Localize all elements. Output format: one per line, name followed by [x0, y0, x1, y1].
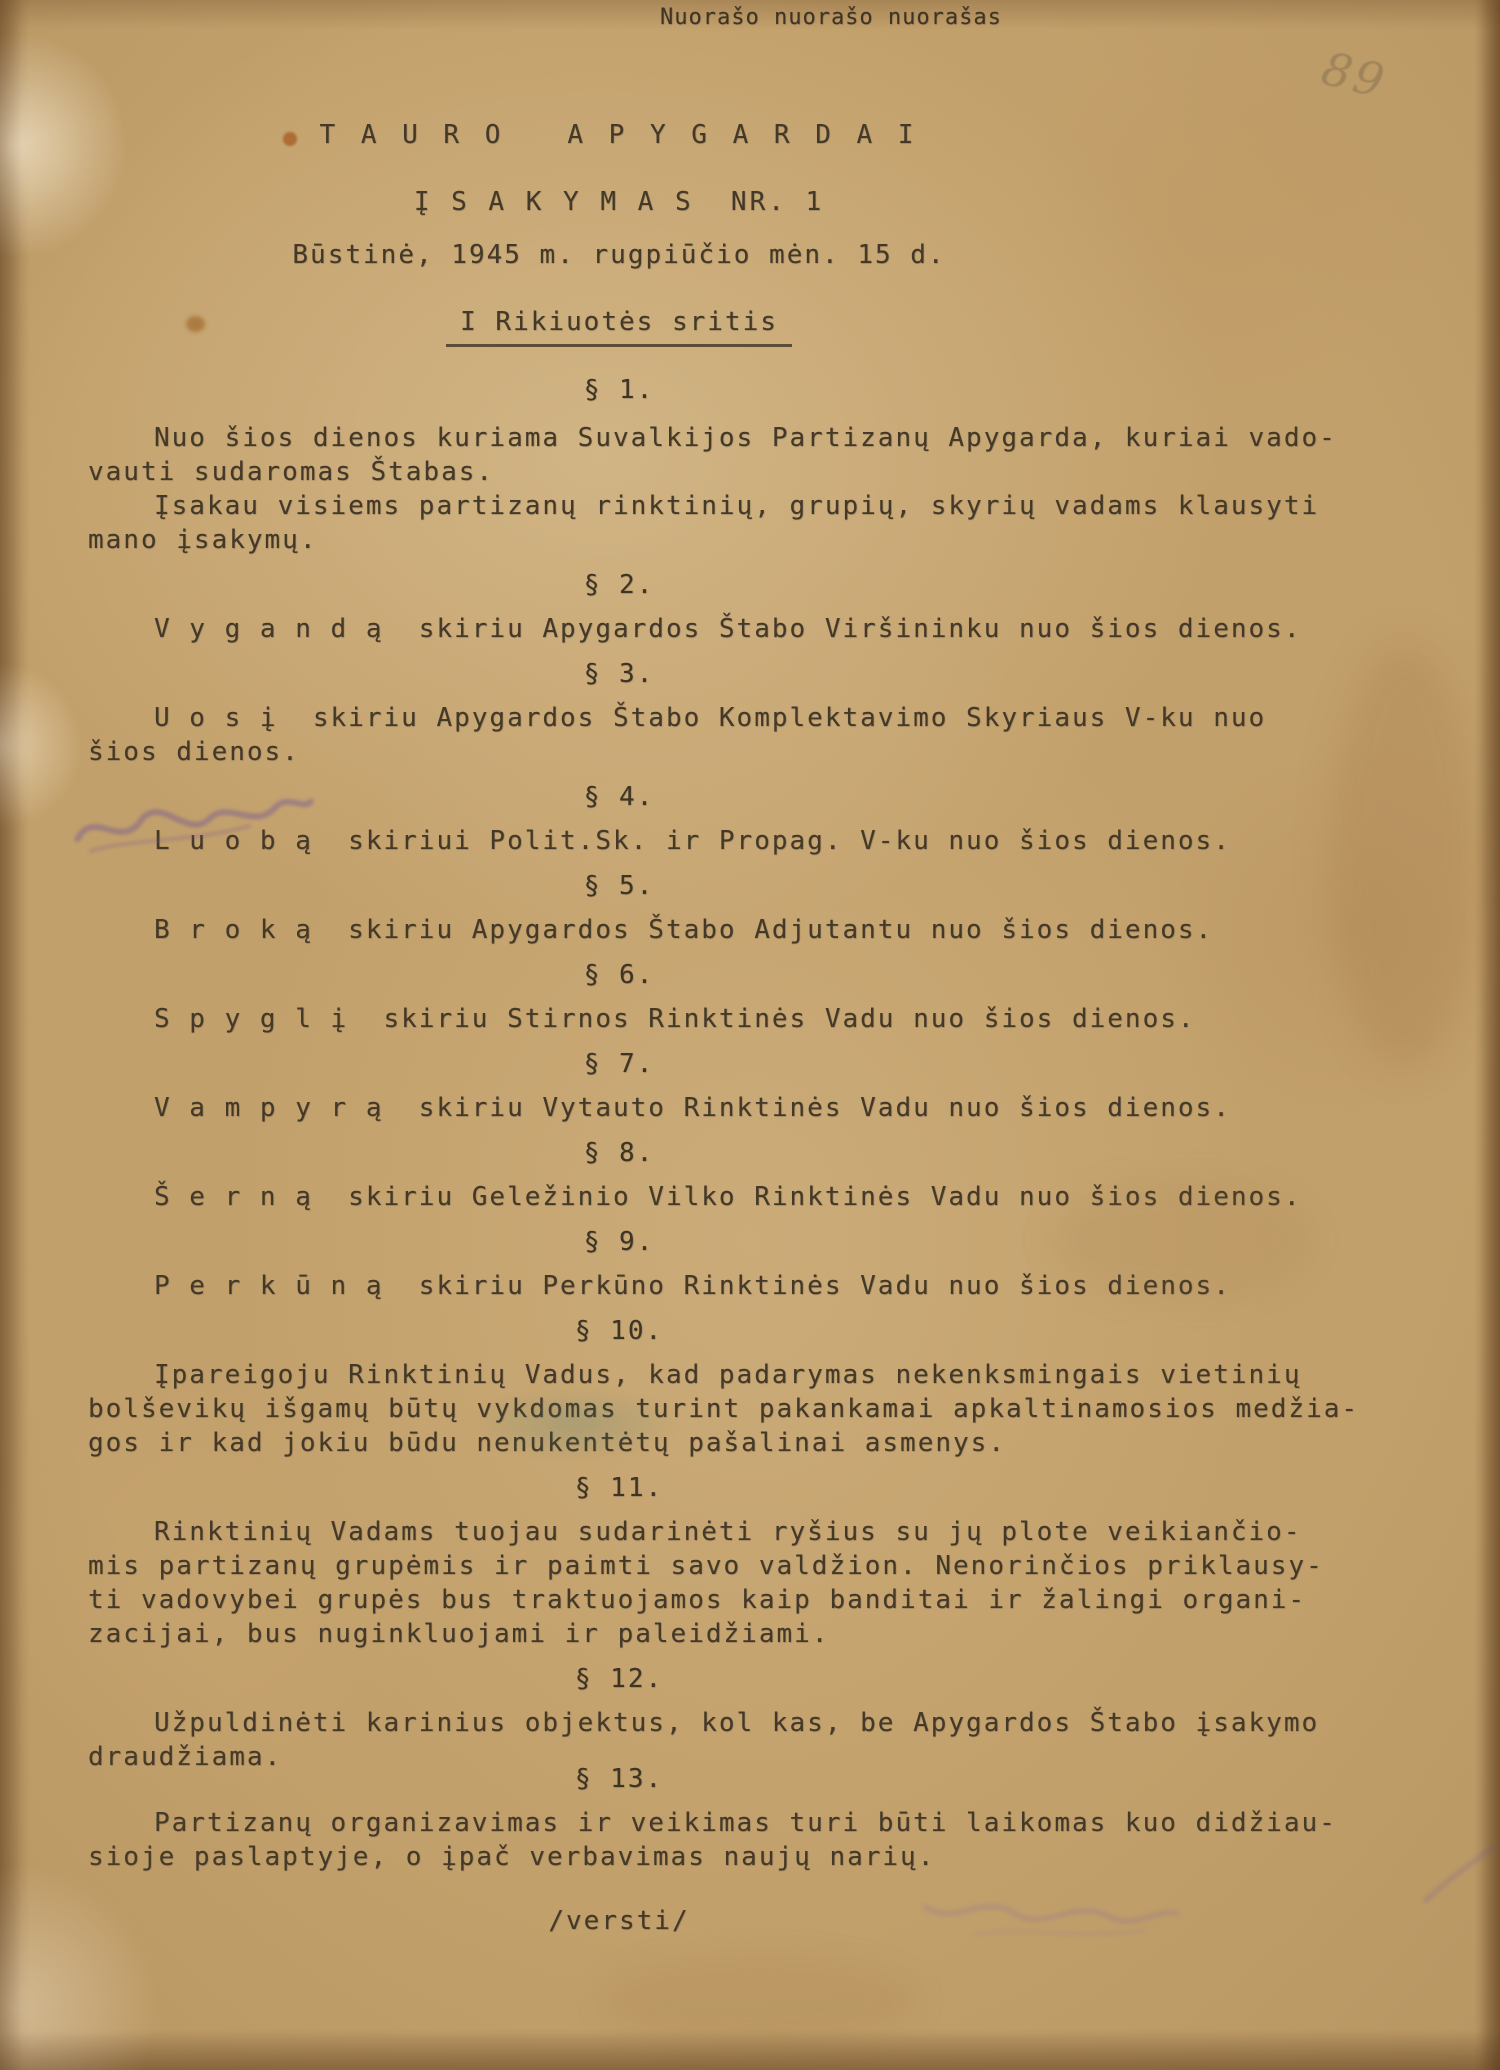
- paper-stain: [600, 1955, 920, 2045]
- paragraph-6-label: § 6.: [88, 958, 1150, 992]
- paragraph-1-line: mano įsakymų.: [88, 523, 1460, 557]
- paragraph-9-line: P e r k ū n ą skiriu Perkūno Rinktinės V…: [88, 1269, 1460, 1303]
- paragraph-8-line: Š e r n ą skiriu Geležinio Vilko Rinktin…: [88, 1180, 1460, 1214]
- paragraph-1-line: Nuo šios dienos kuriama Suvalkijos Parti…: [88, 421, 1460, 455]
- paragraph-11-line: zacijai, bus nuginkluojami ir paleidžiam…: [88, 1617, 1460, 1651]
- paragraph-5-line: B r o k ą skiriu Apygardos Štabo Adjutan…: [88, 913, 1460, 947]
- paragraph-8-label: § 8.: [88, 1136, 1150, 1170]
- paragraph-13-line: sioje paslaptyje, o įpač verbavimas nauj…: [88, 1840, 1460, 1874]
- document-body: T A U R O A P Y G A R D A I Į S A K Y M …: [88, 118, 1460, 1938]
- paragraph-10-label: § 10.: [88, 1314, 1150, 1348]
- paragraph-11-line: mis partizanų grupėmis ir paimti savo va…: [88, 1549, 1460, 1583]
- handwritten-page-number: 89: [1316, 41, 1392, 109]
- paragraph-1-line: vauti sudaromas Štabas.: [88, 455, 1460, 489]
- copy-note: Nuorašo nuorašo nuorašas: [660, 5, 1002, 30]
- paragraph-12-label: § 12.: [88, 1662, 1150, 1696]
- paragraph-3-line: U o s į skiriu Apygardos Štabo Komplekta…: [88, 701, 1460, 735]
- paragraph-6-line: S p y g l į skiriu Stirnos Rinktinės Vad…: [88, 1002, 1460, 1036]
- paragraph-4-label: § 4.: [88, 780, 1150, 814]
- section-heading-row: I Rikiuotės sritis: [88, 305, 1150, 347]
- section-heading: I Rikiuotės sritis: [446, 305, 792, 347]
- paragraph-5-label: § 5.: [88, 869, 1150, 903]
- order-number-line: Į S A K Y M A S NR. 1: [88, 185, 1150, 219]
- paragraph-13-line: Partizanų organizavimas ir veikimas turi…: [88, 1806, 1460, 1840]
- paragraph-1-line: Įsakau visiems partizanų rinktinių, grup…: [88, 489, 1460, 523]
- paragraph-11-line: Rinktinių Vadams tuojau sudarinėti ryšiu…: [88, 1515, 1460, 1549]
- paragraph-3-label: § 3.: [88, 657, 1150, 691]
- paragraph-7-label: § 7.: [88, 1047, 1150, 1081]
- paragraph-7-line: V a m p y r ą skiriu Vytauto Rinktinės V…: [88, 1091, 1460, 1125]
- paragraph-12-line: Užpuldinėti karinius objektus, kol kas, …: [88, 1706, 1460, 1740]
- paragraph-4-line: L u o b ą skiriui Polit.Sk. ir Propag. V…: [88, 824, 1460, 858]
- turn-page-note: /versti/: [88, 1904, 1150, 1938]
- paragraph-3-line: šios dienos.: [88, 735, 1460, 769]
- document-title: T A U R O A P Y G A R D A I: [88, 118, 1150, 152]
- dateline: Būstinė, 1945 m. rugpiūčio mėn. 15 d.: [88, 238, 1150, 272]
- paragraph-10-line: bolševikų išgamų būtų vykdomas turint pa…: [88, 1392, 1460, 1426]
- paragraph-9-label: § 9.: [88, 1225, 1150, 1259]
- paragraph-11-line: ti vadovybei grupės bus traktuojamos kai…: [88, 1583, 1460, 1617]
- paragraph-10-line: Įpareigoju Rinktinių Vadus, kad padaryma…: [88, 1358, 1460, 1392]
- paragraph-11-label: § 11.: [88, 1471, 1150, 1505]
- paragraph-1-label: § 1.: [88, 373, 1150, 407]
- paragraph-2-line: V y g a n d ą skiriu Apygardos Štabo Vir…: [88, 612, 1460, 646]
- paragraph-10-line: gos ir kad jokiu būdu nenukentėtų pašali…: [88, 1426, 1460, 1460]
- paragraph-2-label: § 2.: [88, 568, 1150, 602]
- scanned-document: { "document": { "copy_note": "Nuorašo nu…: [0, 0, 1500, 2070]
